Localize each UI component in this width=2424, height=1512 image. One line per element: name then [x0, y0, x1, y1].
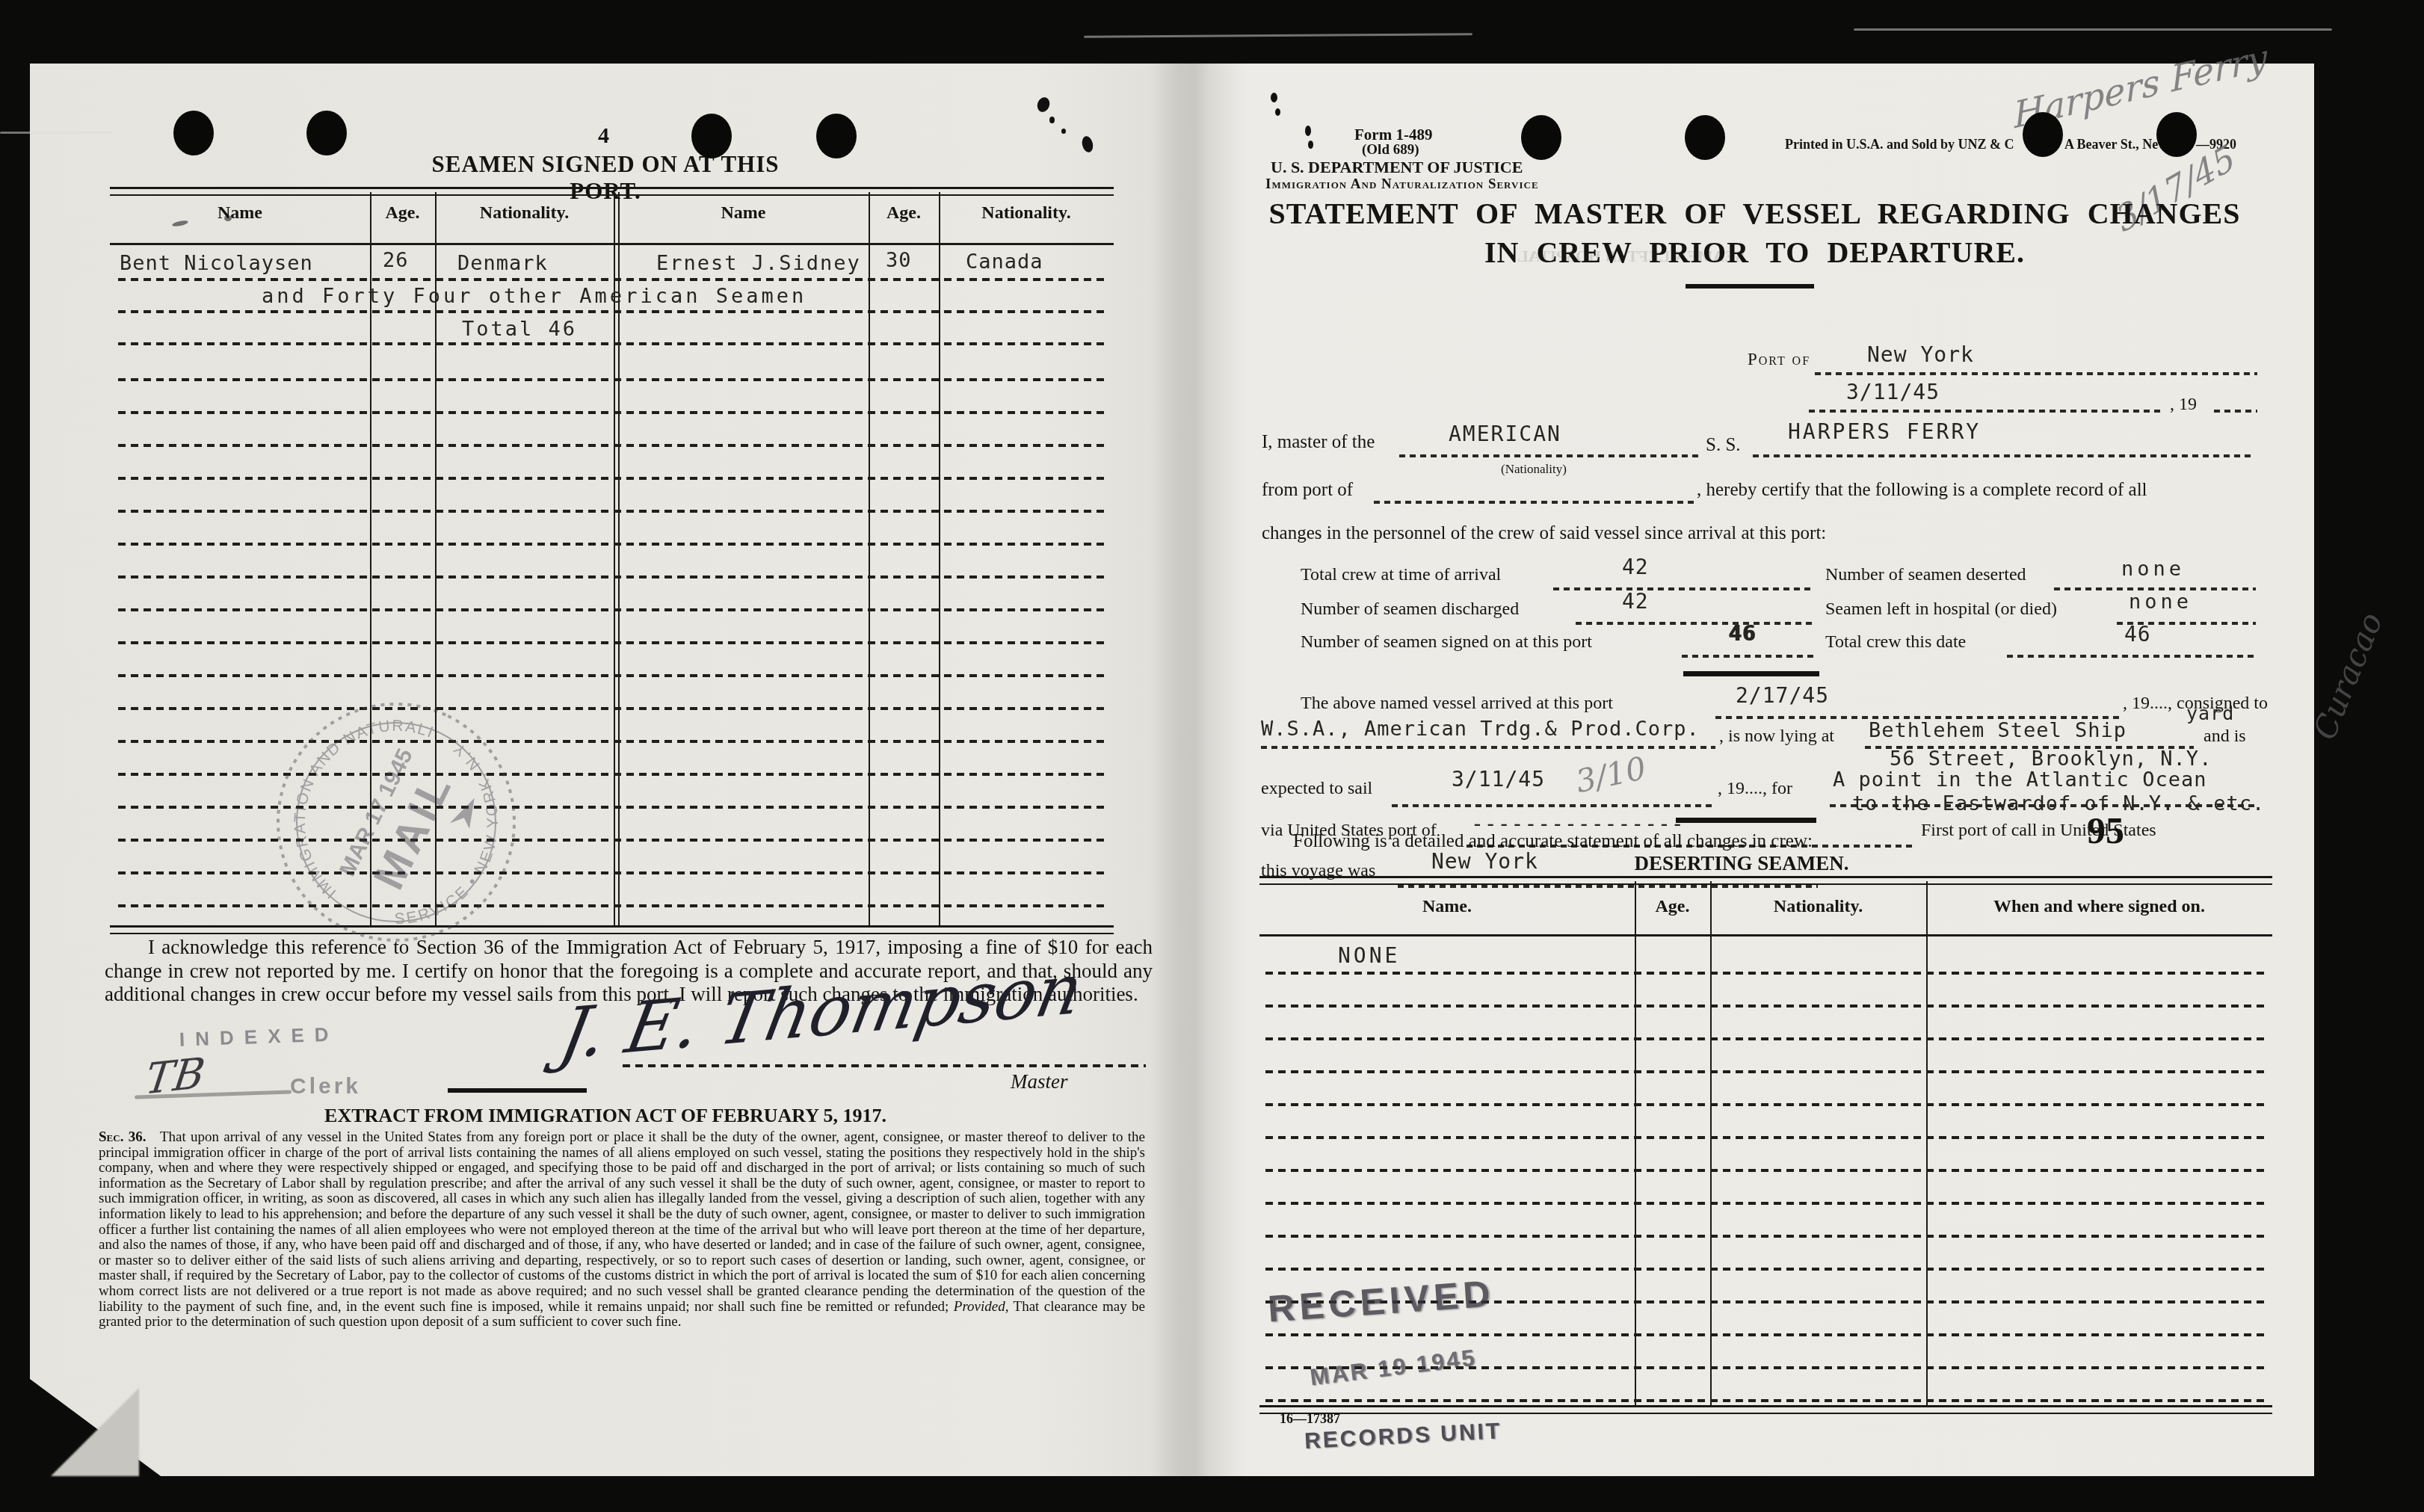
- port-of-label: Port of: [1748, 350, 1810, 369]
- table-entry-line: [118, 477, 1108, 480]
- table-entry-line: [118, 707, 1108, 710]
- table-entry-line: [1265, 1169, 2267, 1172]
- dotted-line: [1392, 804, 1712, 807]
- smudge-mark: [224, 215, 232, 221]
- punch-hole: [1521, 115, 1561, 160]
- page-number: 4: [598, 123, 609, 149]
- ink-splatter: [1275, 108, 1280, 116]
- ink-splatter: [1308, 141, 1313, 149]
- dotted-line: [1374, 501, 1694, 504]
- voyage-typed: New York: [1431, 849, 1538, 874]
- table-entry-line: [118, 904, 1108, 907]
- stat-value: 42: [1622, 555, 1649, 579]
- form-footer-number: 16—17387: [1280, 1411, 1340, 1427]
- section-36-paragraph: Sec. 36. That upon arrival of any vessel…: [99, 1130, 1145, 1330]
- scan-scratch: [1084, 33, 1472, 38]
- arrival-date-typed: 2/17/45: [1736, 683, 1829, 708]
- right-table-header-rule: [1259, 934, 2272, 936]
- nationality-caption: (Nationality): [1501, 462, 1567, 477]
- left-col-header-nationality: Nationality.: [435, 203, 614, 223]
- stat-label: Number of seamen deserted: [1825, 565, 2026, 585]
- printer-line-1: Printed in U.S.A. and Sold by UNZ & C: [1785, 137, 2014, 152]
- right-col-header-nationality: Nationality.: [1710, 897, 1926, 917]
- table-entry-line: [118, 278, 1108, 281]
- form-old-number: (Old 689): [1362, 142, 1419, 158]
- left-table-header-rule: [110, 243, 1114, 245]
- seaman-name: Ernest J.Sidney: [656, 252, 861, 275]
- table-entry-line: [1265, 1202, 2267, 1205]
- signature-line: [623, 1064, 1146, 1067]
- table-entry-line: [118, 674, 1108, 677]
- and-is-label: and is: [2204, 726, 2246, 747]
- ss-label: S. S.: [1706, 435, 1741, 456]
- right-table-top-rule: [1259, 876, 2272, 885]
- dotted-line: [1261, 746, 1715, 749]
- right-page-title-line2: IN CREW PRIOR TO DEPARTURE.: [1252, 235, 2257, 270]
- table-entry-line: [118, 510, 1108, 513]
- table-entry-line: [1265, 1070, 2267, 1073]
- left-col-header-nationality2: Nationality.: [939, 203, 1114, 223]
- stat-label: Total crew this date: [1825, 632, 1966, 652]
- right-table-column-line: [1710, 881, 1712, 1405]
- left-table-bottom-rule: [110, 925, 1114, 934]
- right-table-column-line: [1926, 881, 1928, 1405]
- master-of-label: I, master of the: [1262, 432, 1375, 453]
- dotted-line: [1399, 454, 1698, 457]
- left-col-header-age: Age.: [370, 203, 435, 223]
- service-name: Immigration and Naturalization Service: [1265, 176, 1539, 193]
- dotted-line: [2007, 655, 2256, 658]
- table-entry-line: [118, 543, 1108, 546]
- left-table-column-line: [869, 192, 870, 925]
- pencil-margin-note: Curacao: [2306, 608, 2390, 745]
- section-rule-2: [1676, 818, 1816, 823]
- short-rule: [448, 1088, 587, 1093]
- table-entry-line: [1265, 1333, 2267, 1336]
- dotted-line: [1682, 655, 1813, 658]
- statement-date: 3/11/45: [1846, 380, 1940, 404]
- lying-at-sup: yard: [2186, 703, 2234, 724]
- ink-splatter: [1061, 129, 1066, 134]
- stat-label: Total crew at time of arrival: [1301, 565, 1501, 585]
- stat-value: 42: [1622, 589, 1649, 614]
- left-page-title: SEAMEN SIGNED ON AT THIS PORT.: [419, 151, 792, 205]
- right-page-title-line1: STATEMENT OF MASTER OF VESSEL REGARDING …: [1252, 196, 2257, 231]
- consignee-typed: W.S.A., American Trdg.& Prod.Corp.: [1261, 718, 1700, 741]
- right-col-header-name: Name.: [1259, 897, 1635, 917]
- deserting-none-entry: NONE: [1338, 943, 1400, 968]
- left-col-header-name: Name: [110, 203, 370, 223]
- table-entry-line: [1265, 1136, 2267, 1139]
- sail-destination-typed: A point in the Atlantic Ocean: [1833, 768, 2206, 792]
- following-statement: Following is a detailed and accurate sta…: [1293, 831, 1813, 852]
- dotted-line: [1809, 410, 2164, 413]
- table-entry-line: [1265, 1037, 2267, 1040]
- ink-splatter: [1305, 126, 1311, 136]
- dotted-line: [1576, 622, 1813, 625]
- table-entry-line: [118, 444, 1108, 447]
- table-entry-line: [118, 310, 1108, 313]
- punch-hole: [1685, 115, 1725, 160]
- stat-label: Seamen left in hospital (or died): [1825, 599, 2057, 620]
- dotted-line: [1553, 587, 1813, 590]
- right-col-header-signed-on: When and where signed on.: [1926, 897, 2272, 917]
- ink-splatter: [1049, 117, 1055, 123]
- printer-line-2: A Beaver St., New: [2064, 137, 2168, 152]
- table-entry-line: [1265, 1268, 2267, 1271]
- seaman-nationality: Denmark: [457, 252, 548, 275]
- left-table-top-rule: [110, 187, 1114, 196]
- clerk-stamp: Clerk: [290, 1074, 361, 1099]
- changes-text: changes in the personnel of the crew of …: [1262, 523, 1826, 544]
- lying-at-typed-2: 56 Street, Brooklyn, N.Y.: [1890, 747, 2212, 771]
- table-entry-line: [118, 773, 1108, 776]
- punch-hole: [306, 111, 347, 155]
- port-of-value: New York: [1867, 342, 1974, 367]
- table-entry-line: [1265, 1005, 2267, 1008]
- table-entry-line: [118, 576, 1108, 578]
- table-entry-line: [118, 608, 1108, 611]
- stat-value: none: [2121, 558, 2185, 581]
- table-entry-line: [1265, 1399, 2267, 1402]
- left-col-header-name2: Name: [618, 203, 869, 223]
- year-19-suffix: , 19: [2170, 395, 2197, 415]
- punch-hole: [691, 114, 732, 158]
- total-count: Total 46: [462, 318, 577, 341]
- sec36-lead: Sec. 36.: [99, 1129, 146, 1145]
- dotted-line: [1398, 885, 1818, 888]
- sec36-provided: Provided,: [954, 1299, 1009, 1315]
- vessel-name-typed: HARPERS FERRY: [1788, 419, 1981, 444]
- left-table-column-line: [939, 192, 940, 925]
- master-label: Master: [1011, 1070, 1068, 1093]
- dotted-line: [1815, 372, 2257, 375]
- ink-splatter: [1271, 93, 1277, 102]
- from-port-label: from port of: [1262, 480, 1353, 501]
- sec36-text: That upon arrival of any vessel in the U…: [99, 1129, 1145, 1315]
- nationality-typed: AMERICAN: [1449, 422, 1561, 446]
- right-table-column-line: [1635, 881, 1636, 1405]
- page-stamp-number: 95: [2087, 809, 2124, 852]
- lying-at-label: , is now lying at: [1719, 726, 1834, 747]
- arrival-label: The above named vessel arrived at this p…: [1301, 694, 1613, 714]
- title-rule: [1686, 284, 1814, 288]
- punch-hole: [2156, 112, 2197, 157]
- dotted-line: [1753, 454, 2255, 457]
- scanned-document: 4 SEAMEN SIGNED ON AT THIS PORT. Name Ag…: [0, 0, 2424, 1512]
- table-entry-line: [1265, 1103, 2267, 1106]
- right-col-header-age: Age.: [1635, 897, 1710, 917]
- stat-value: none: [2129, 590, 2192, 614]
- table-entry-line: [118, 411, 1108, 414]
- dotted-line: [2214, 410, 2257, 413]
- extract-heading: EXTRACT FROM IMMIGRATION ACT OF FEBRUARY…: [284, 1105, 927, 1127]
- stat-value: 46: [2124, 622, 2151, 647]
- section-rule: [1683, 671, 1819, 676]
- lying-at-typed: Bethlehem Steel Ship: [1869, 719, 2127, 742]
- stat-value: 46: [1728, 620, 1756, 646]
- table-entry-line: [1265, 1235, 2267, 1238]
- sail-mid-label: , 19...., for: [1718, 779, 1792, 799]
- punch-hole: [173, 111, 214, 155]
- seaman-age: 30: [886, 249, 912, 272]
- punch-hole: [2023, 112, 2063, 157]
- certify-text: , hereby certify that the following is a…: [1697, 480, 2147, 501]
- table-entry-line: [118, 342, 1108, 345]
- seaman-name: Bent Nicolaysen: [120, 252, 313, 275]
- sail-date-typed: 3/11/45: [1452, 767, 1545, 792]
- left-col-header-age2: Age.: [869, 203, 939, 223]
- scan-scratch: [1854, 28, 2332, 31]
- right-table-bottom-rule: [1259, 1405, 2272, 1414]
- seaman-nationality: Canada: [966, 250, 1043, 274]
- page-fold-seam: [1151, 64, 1248, 1476]
- table-entry-line: [118, 641, 1108, 644]
- other-seamen-note: and Forty Four other American Seamen: [262, 285, 807, 308]
- table-entry-line: [118, 740, 1108, 743]
- expected-sail-label: expected to sail: [1261, 779, 1372, 799]
- stat-label: Number of seamen discharged: [1301, 599, 1519, 620]
- seaman-age: 26: [383, 249, 409, 272]
- sail-destination-typed-2: to the Eastwardof of N.Y. & etc.: [1852, 792, 2265, 815]
- folded-corner: [51, 1388, 139, 1476]
- scan-scratch: [0, 132, 112, 134]
- table-entry-line: [118, 378, 1108, 381]
- department-name: U. S. DEPARTMENT OF JUSTICE: [1271, 158, 1523, 177]
- stat-label: Number of seamen signed on at this port: [1301, 632, 1592, 652]
- table-entry-line: [1265, 972, 2267, 975]
- punch-hole: [816, 114, 857, 158]
- deserting-seamen-title: DESERTING SEAMEN.: [1555, 852, 1928, 875]
